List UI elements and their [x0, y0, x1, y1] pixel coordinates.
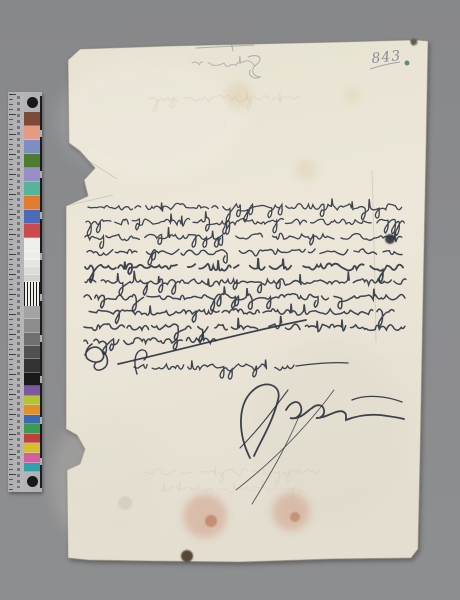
- stain: [405, 61, 410, 66]
- stain: [183, 494, 227, 538]
- archival-photo: 843: [0, 0, 460, 600]
- stain: [411, 39, 418, 46]
- stain: [118, 496, 132, 510]
- stain: [181, 550, 193, 562]
- stain: [290, 512, 300, 522]
- stain: [295, 159, 317, 181]
- stain: [205, 515, 217, 527]
- manuscript-photo-svg: 843: [0, 0, 460, 600]
- stain: [272, 493, 310, 531]
- stain: [344, 88, 360, 104]
